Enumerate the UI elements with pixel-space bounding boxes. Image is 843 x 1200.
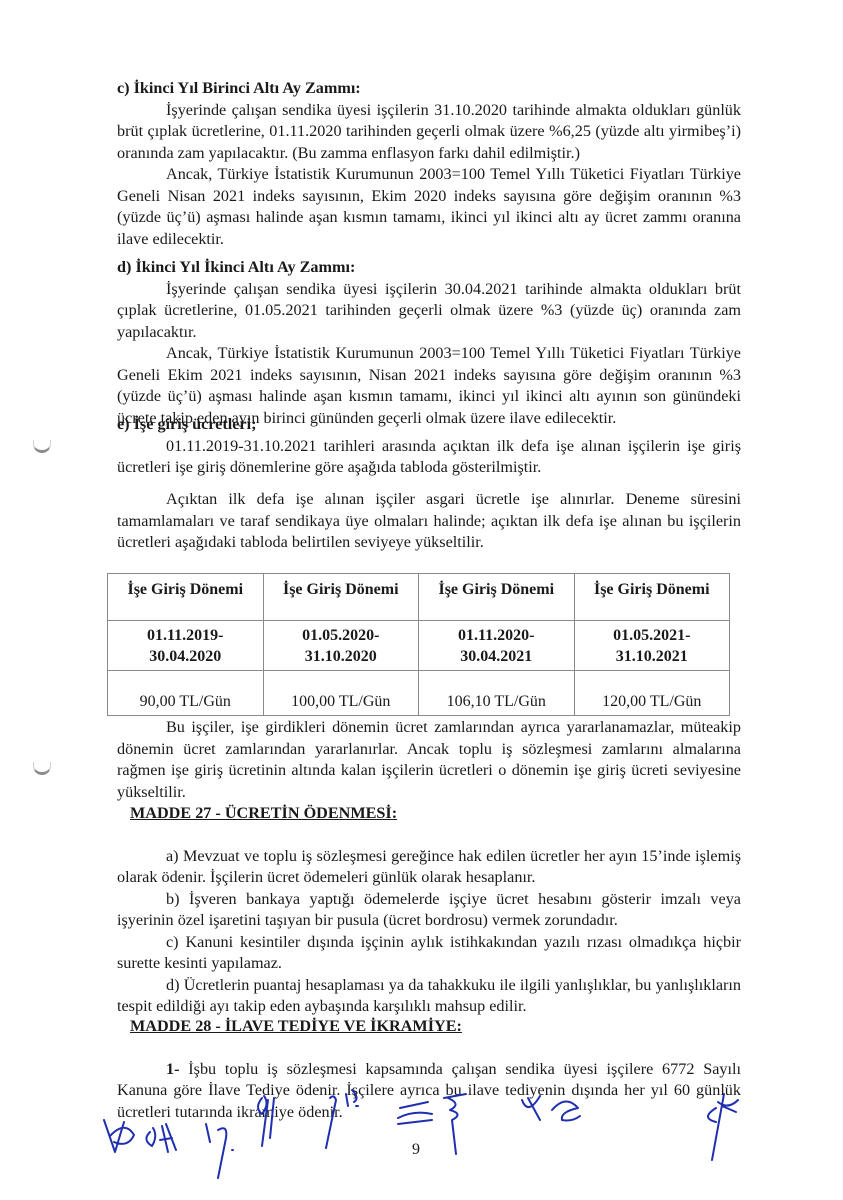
table-header-cell: İşe Giriş Dönemi: [574, 574, 730, 621]
period-start: 01.05.2021-: [613, 627, 690, 644]
section-e-heading: e) İşe giriş ücretleri;: [117, 414, 741, 436]
signature-mark: [708, 1094, 738, 1160]
section-c-heading: c) İkinci Yıl Birinci Altı Ay Zammı:: [117, 78, 741, 100]
section-e-para1: 01.11.2019-31.10.2021 tarihleri arasında…: [117, 436, 741, 479]
madde-27-item-c: c) Kanuni kesintiler dışında işçinin ayl…: [117, 932, 741, 975]
period-start: 01.11.2019-: [147, 627, 223, 644]
madde-27-item-b: b) İşveren bankaya yaptığı ödemelerde iş…: [117, 889, 741, 932]
madde-27-item-a: a) Mevzuat ve toplu iş sözleşmesi gereği…: [117, 846, 741, 889]
table-cell-wage: 106,10 TL/Gün: [419, 671, 575, 716]
madde-28-item-1-label: 1-: [166, 1060, 179, 1078]
table-cell-wage: 120,00 TL/Gün: [574, 671, 730, 716]
signature-mark: [398, 1102, 432, 1124]
madde-28-heading: MADDE 28 - İLAVE TEDİYE VE İKRAMİYE:: [117, 1016, 741, 1038]
table-header-row: İşe Giriş Dönemi İşe Giriş Dönemi İşe Gi…: [108, 574, 730, 621]
table-row-wages: 90,00 TL/Gün 100,00 TL/Gün 106,10 TL/Gün…: [108, 671, 730, 716]
signature-mark: [258, 1096, 274, 1146]
period-start: 01.11.2020-: [458, 627, 534, 644]
period-end: 31.10.2020: [305, 648, 377, 665]
signature-mark: [206, 1124, 233, 1178]
madde-27: MADDE 27 - ÜCRETİN ÖDENMESİ: a) Mevzuat …: [117, 803, 741, 1018]
table-header-cell: İşe Giriş Dönemi: [108, 574, 264, 621]
table-cell-period: 01.05.2020-31.10.2020: [263, 621, 419, 671]
handwritten-signatures: [0, 1080, 843, 1190]
madde-27-heading: MADDE 27 - ÜCRETİN ÖDENMESİ:: [117, 803, 741, 825]
table-cell-period: 01.05.2021-31.10.2021: [574, 621, 730, 671]
period-end: 31.10.2021: [616, 648, 688, 665]
punch-hole-mark: [33, 762, 51, 775]
section-e: e) İşe giriş ücretleri; 01.11.2019-31.10…: [117, 414, 741, 479]
table-header-cell: İşe Giriş Dönemi: [263, 574, 419, 621]
entry-wage-table: İşe Giriş Dönemi İşe Giriş Dönemi İşe Gi…: [107, 573, 730, 716]
punch-hole-mark: [33, 440, 51, 453]
table-row-periods: 01.11.2019-30.04.2020 01.05.2020-31.10.2…: [108, 621, 730, 671]
section-d: d) İkinci Yıl İkinci Altı Ay Zammı: İşye…: [117, 257, 741, 429]
document-page: c) İkinci Yıl Birinci Altı Ay Zammı: İşy…: [0, 0, 843, 1200]
signature-mark: [146, 1124, 176, 1152]
period-start: 01.05.2020-: [302, 627, 379, 644]
section-e-note: Bu işçiler, işe girdikleri dönemin ücret…: [117, 717, 741, 803]
section-e-para3: Bu işçiler, işe girdikleri dönemin ücret…: [117, 717, 741, 803]
section-d-heading: d) İkinci Yıl İkinci Altı Ay Zammı:: [117, 257, 741, 279]
section-e-para2: Açıktan ilk defa işe alınan işçiler asga…: [117, 489, 741, 554]
section-c-para1: İşyerinde çalışan sendika üyesi işçileri…: [117, 100, 741, 165]
table-cell-wage: 90,00 TL/Gün: [108, 671, 264, 716]
signature-mark: [326, 1090, 358, 1148]
signature-mark: [444, 1094, 466, 1154]
page-number: 9: [412, 1139, 420, 1161]
section-c-para2: Ancak, Türkiye İstatistik Kurumunun 2003…: [117, 164, 741, 250]
table-cell-period: 01.11.2020-30.04.2021: [419, 621, 575, 671]
signature-mark: [104, 1120, 134, 1152]
table-cell-period: 01.11.2019-30.04.2020: [108, 621, 264, 671]
section-e-body: Açıktan ilk defa işe alınan işçiler asga…: [117, 489, 741, 554]
table-cell-wage: 100,00 TL/Gün: [263, 671, 419, 716]
table-header-cell: İşe Giriş Dönemi: [419, 574, 575, 621]
signature-mark: [522, 1096, 580, 1121]
section-d-para1: İşyerinde çalışan sendika üyesi işçileri…: [117, 279, 741, 344]
madde-27-item-d: d) Ücretlerin puantaj hesaplaması ya da …: [117, 975, 741, 1018]
period-end: 30.04.2020: [149, 648, 221, 665]
section-c: c) İkinci Yıl Birinci Altı Ay Zammı: İşy…: [117, 78, 741, 250]
period-end: 30.04.2021: [460, 648, 532, 665]
